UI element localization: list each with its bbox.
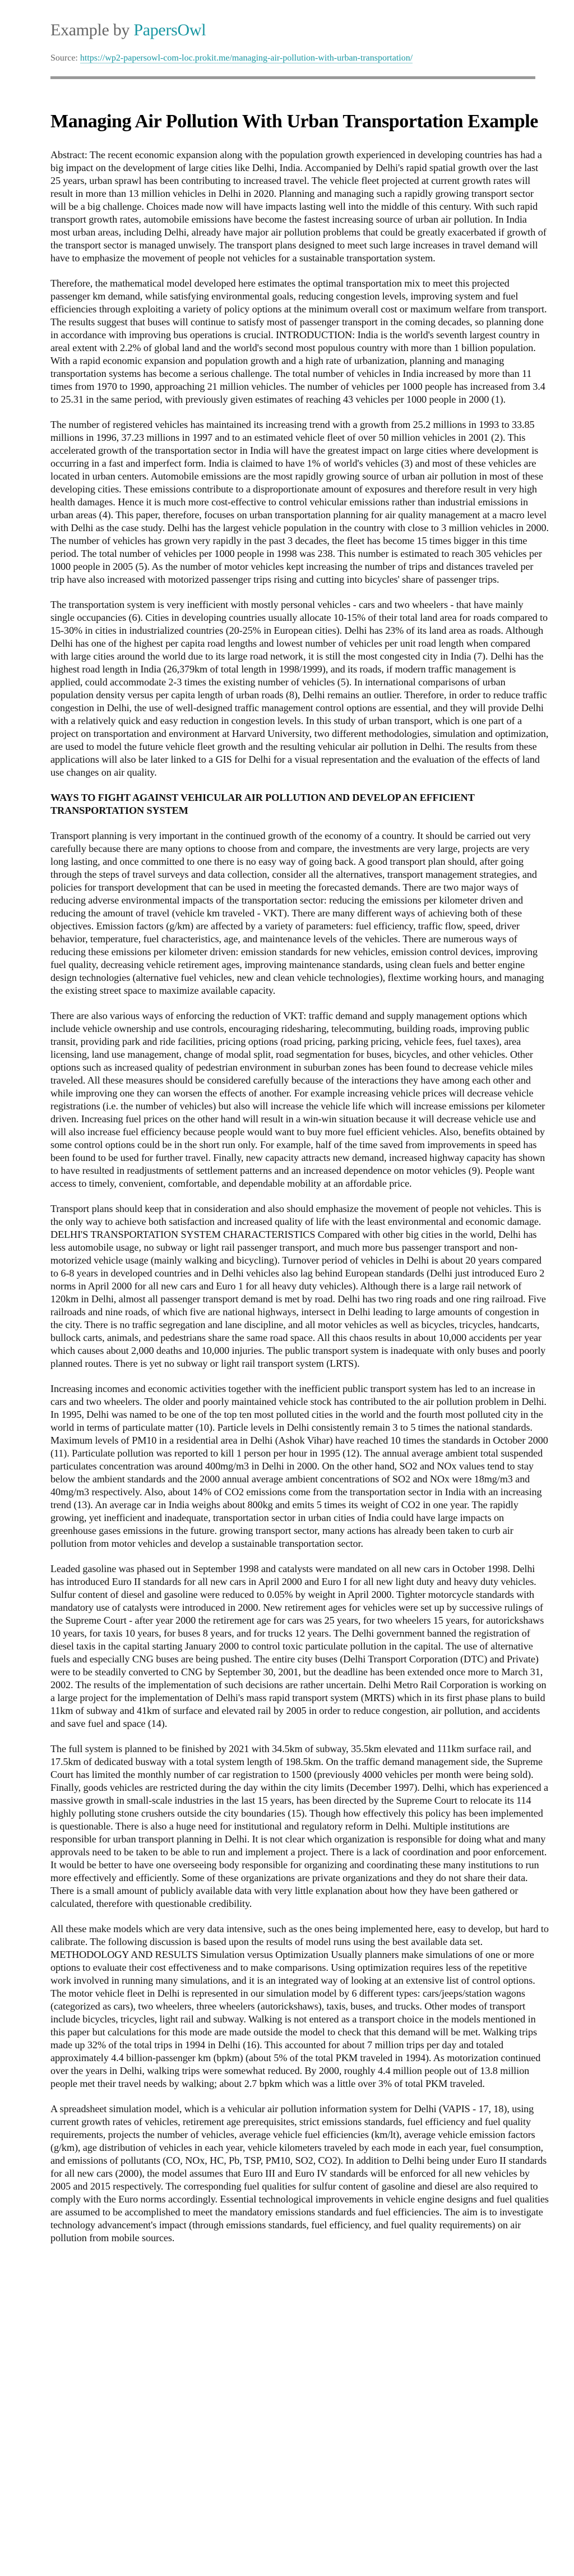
paragraph: Leaded gasoline was phased out in Septem… bbox=[50, 1563, 549, 1730]
brand-name: PapersOwl bbox=[133, 21, 206, 39]
source-line: Source: https://wp2-papersowl-com-loc.pr… bbox=[50, 53, 549, 64]
document-page: Example by PapersOwl Source: https://wp2… bbox=[0, 0, 574, 2245]
source-link[interactable]: https://wp2-papersowl-com-loc.prokit.me/… bbox=[80, 53, 413, 63]
example-by-header: Example by PapersOwl bbox=[50, 0, 549, 40]
header-divider bbox=[50, 76, 535, 79]
paragraph: The full system is planned to be finishe… bbox=[50, 1743, 549, 1910]
paragraph: A spreadsheet simulation model, which is… bbox=[50, 2103, 549, 2245]
paragraph: Transport plans should keep that in cons… bbox=[50, 1202, 549, 1370]
paragraph: The transportation system is very ineffi… bbox=[50, 598, 549, 779]
paragraph: All these make models which are very dat… bbox=[50, 1923, 549, 2090]
source-label: Source: bbox=[50, 53, 80, 63]
paragraph-introduction: Therefore, the mathematical model develo… bbox=[50, 277, 549, 406]
paragraph: There are also various ways of enforcing… bbox=[50, 1010, 549, 1190]
paragraph: The number of registered vehicles has ma… bbox=[50, 418, 549, 586]
example-prefix: Example by bbox=[50, 21, 133, 39]
document-body: Abstract: The recent economic expansion … bbox=[50, 149, 549, 2245]
page-title: Managing Air Pollution With Urban Transp… bbox=[50, 110, 549, 133]
paragraph: Increasing incomes and economic activiti… bbox=[50, 1383, 549, 1550]
paragraph-abstract: Abstract: The recent economic expansion … bbox=[50, 149, 549, 265]
section-heading: WAYS TO FIGHT AGAINST VEHICULAR AIR POLL… bbox=[50, 791, 549, 817]
paragraph: Transport planning is very important in … bbox=[50, 830, 549, 997]
